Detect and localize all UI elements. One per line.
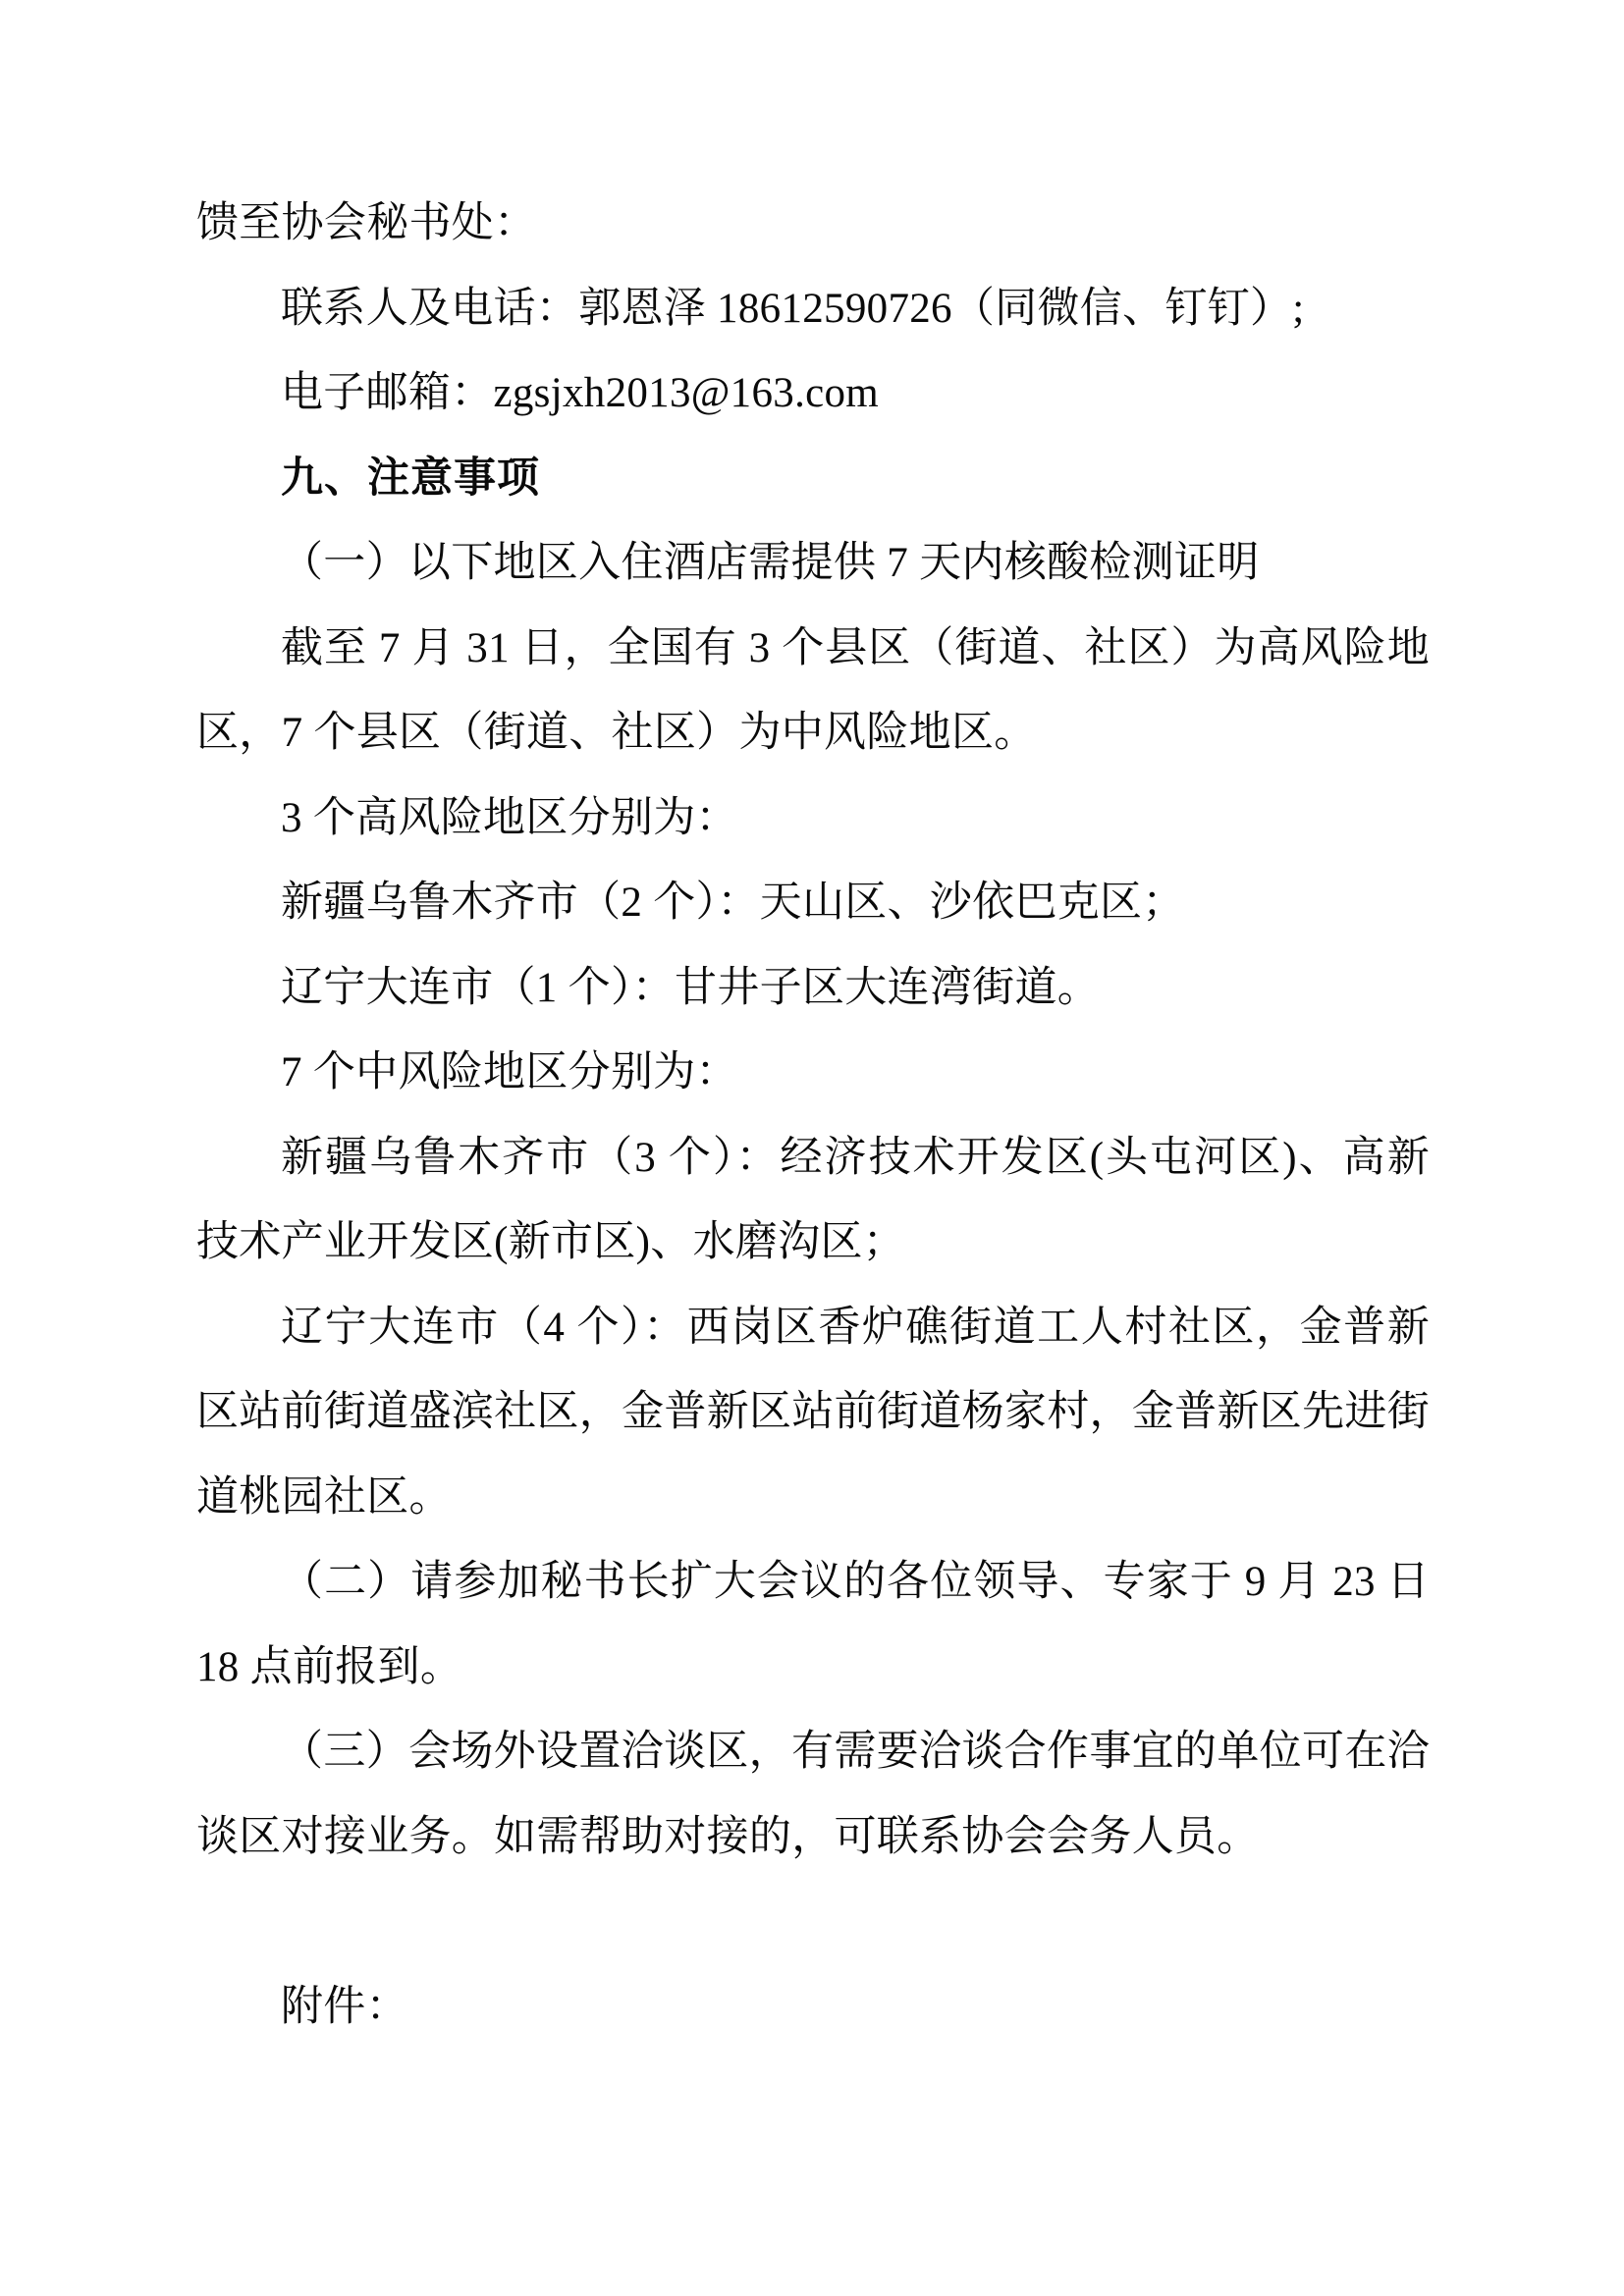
- document-line: 技术产业开发区(新市区)、水磨沟区；: [196, 1201, 1430, 1286]
- document-line: 区站前街道盛滨社区，金普新区站前街道杨家村，金普新区先进街: [196, 1370, 1430, 1456]
- document-line: 7 个中风险地区分别为：: [196, 1031, 1430, 1116]
- document-line: 馈至协会秘书处：: [196, 182, 1430, 267]
- document-line: 辽宁大连市（4 个）：西岗区香炉礁街道工人村社区，金普新: [196, 1286, 1430, 1371]
- document-line: 谈区对接业务。如需帮助对接的，可联系协会会务人员。: [196, 1795, 1430, 1881]
- document-line: 道桃园社区。: [196, 1456, 1430, 1541]
- document-line: 辽宁大连市（1 个）：甘井子区大连湾街道。: [196, 946, 1430, 1032]
- document-line: 联系人及电话：郭恩泽 18612590726（同微信、钉钉）;: [196, 267, 1430, 352]
- document-line: 18 点前报到。: [196, 1626, 1430, 1711]
- document-line: 新疆乌鲁木齐市（2 个）：天山区、沙依巴克区；: [196, 861, 1430, 946]
- document-line: 3 个高风险地区分别为：: [196, 776, 1430, 862]
- document-line: 电子邮箱：zgsjxh2013@163.com: [196, 351, 1430, 437]
- document-line: （三）会场外设置洽谈区，有需要洽谈合作事宜的单位可在洽: [196, 1710, 1430, 1795]
- document-line: （二）请参加秘书长扩大会议的各位领导、专家于 9 月 23 日: [196, 1540, 1430, 1626]
- document-line: 九、注意事项: [196, 437, 1430, 522]
- document-line: 新疆乌鲁木齐市（3 个）：经济技术开发区(头屯河区)、高新: [196, 1116, 1430, 1201]
- document-line: 区，7 个县区（街道、社区）为中风险地区。: [196, 691, 1430, 776]
- document-page: 馈至协会秘书处：联系人及电话：郭恩泽 18612590726（同微信、钉钉）;电…: [0, 0, 1624, 2296]
- document-line: 附件：: [196, 1965, 1430, 2051]
- document-text-block: 馈至协会秘书处：联系人及电话：郭恩泽 18612590726（同微信、钉钉）;电…: [196, 182, 1430, 2050]
- document-line: （一）以下地区入住酒店需提供 7 天内核酸检测证明: [196, 521, 1430, 607]
- document-line: [196, 1880, 1430, 1965]
- document-line: 截至 7 月 31 日，全国有 3 个县区（街道、社区）为高风险地: [196, 607, 1430, 692]
